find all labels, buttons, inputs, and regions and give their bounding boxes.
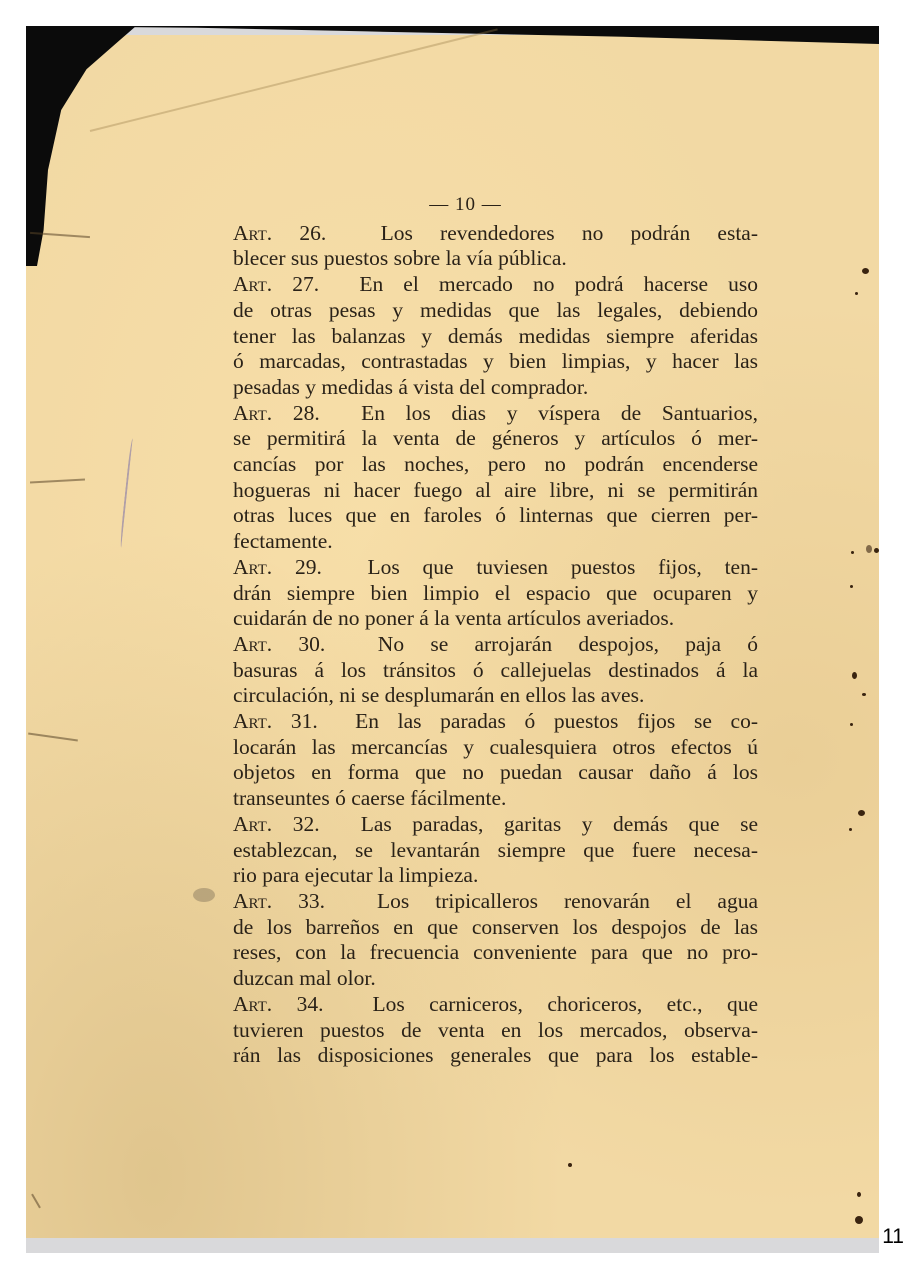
foxing-spot [858, 810, 865, 816]
article-26: Art. 26. Los revendedores no podrán esta… [173, 221, 758, 272]
article-34: Art. 34. Los carniceros, choriceros, etc… [173, 992, 758, 1069]
article-32: Art. 32. Las paradas, garitas y demás qu… [173, 812, 758, 889]
article-33: Art. 33. Los tripicalleros renovarán el … [173, 889, 758, 992]
article-28: Art. 28. En los dias y víspera de Santua… [173, 401, 758, 555]
foxing-spot [862, 268, 869, 274]
article-label: Art. 32. [233, 812, 320, 836]
article-label: Art. 27. [233, 272, 319, 296]
foxing-spot [855, 292, 858, 295]
page-folio: — 10 — [173, 192, 758, 218]
article-label: Art. 33. [233, 889, 325, 913]
article-label: Art. 30. [233, 632, 325, 656]
article-label: Art. 26. [233, 221, 326, 245]
foxing-spot [850, 723, 853, 726]
foxing-spot [850, 585, 853, 588]
article-31: Art. 31. En las paradas ó puestos fijos … [173, 709, 758, 812]
foxing-spot [851, 551, 854, 554]
foxing-spot [874, 548, 879, 553]
article-label: Art. 29. [233, 555, 322, 579]
foxing-spot [568, 1163, 572, 1167]
document-body: — 10 — Art. 26. Los revendedores no podr… [173, 192, 758, 1069]
foxing-spot [866, 545, 872, 553]
foxing-spot [862, 693, 866, 696]
article-label: Art. 31. [233, 709, 318, 733]
article-label: Art. 34. [233, 992, 324, 1016]
foxing-spot [855, 1216, 863, 1224]
foxing-spot [857, 1192, 861, 1197]
page-number-badge: 11 [880, 1226, 906, 1248]
article-27: Art. 27. En el mercado no podrá hacerse … [173, 272, 758, 401]
article-label: Art. 28. [233, 401, 320, 425]
foxing-spot [852, 672, 857, 679]
article-29: Art. 29. Los que tuviesen puestos fijos,… [173, 555, 758, 632]
article-30: Art. 30. No se arrojarán despojos, paja … [173, 632, 758, 709]
foxing-spot [849, 828, 852, 831]
